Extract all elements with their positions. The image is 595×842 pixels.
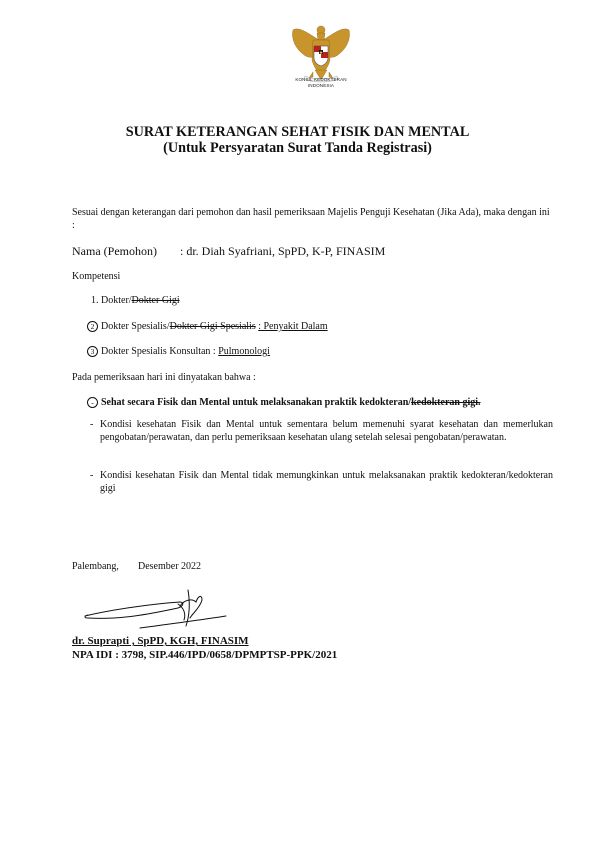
option-text: Kondisi kesehatan Fisik dan Mental tidak… — [90, 470, 553, 495]
examination-option: - Kondisi kesehatan Fisik dan Mental unt… — [90, 419, 553, 444]
item-marker: 1. — [91, 295, 99, 306]
competence-item: 3Dokter Spesialis Konsultan : Pulmonolog… — [87, 345, 270, 358]
selected-text: Sehat secara Fisik dan Mental untuk mela… — [101, 397, 411, 408]
competence-item: 1. Dokter/Dokter Gigi — [91, 294, 180, 307]
item-struck-text: Dokter Gigi Spesialis — [170, 321, 256, 332]
signer-name: dr. Suprapti , SpPD, KGH, FINASIM — [72, 635, 249, 648]
option-text: Kondisi kesehatan Fisik dan Mental untuk… — [90, 419, 553, 444]
circled-number-icon: 3 — [87, 346, 98, 357]
emblem-caption: KONSIL KEDOKTERAN INDONESIA — [270, 77, 372, 88]
item-text: Dokter Spesialis/ — [101, 321, 170, 332]
item-text: Dokter/ — [101, 295, 132, 306]
item-text: Dokter Spesialis Konsultan : — [101, 346, 218, 357]
circled-minus-icon: - — [87, 397, 98, 408]
dash-bullet: - — [90, 470, 93, 483]
dash-bullet: - — [90, 419, 93, 432]
document-title: SURAT KETERANGAN SEHAT FISIK DAN MENTAL — [0, 124, 595, 140]
signer-registration: NPA IDI : 3798, SIP.446/IPD/0658/DPMPTSP… — [72, 649, 337, 662]
item-specialty: Pulmonologi — [218, 346, 270, 357]
applicant-value: : dr. Diah Syafriani, SpPD, K-P, FINASIM — [180, 244, 385, 258]
competence-item: 2Dokter Spesialis/Dokter Gigi Spesialis … — [87, 320, 328, 333]
selected-struck-text: kedokteran gigi. — [411, 397, 480, 408]
applicant-row: Nama (Pemohon): dr. Diah Syafriani, SpPD… — [72, 244, 385, 258]
competence-heading: Kompetensi — [72, 270, 120, 283]
circled-number-icon: 2 — [87, 321, 98, 332]
examination-heading: Pada pemeriksaan hari ini dinyatakan bah… — [72, 371, 256, 384]
examination-result-selected: -Sehat secara Fisik dan Mental untuk mel… — [87, 396, 481, 409]
examination-option: - Kondisi kesehatan Fisik dan Mental tid… — [90, 470, 553, 495]
city: Palembang, — [72, 560, 138, 573]
place-date: Palembang,Desember 2022 — [72, 560, 201, 573]
document-subtitle: (Untuk Persyaratan Surat Tanda Registras… — [0, 140, 595, 156]
date: Desember 2022 — [138, 561, 201, 572]
intro-paragraph: Sesuai dengan keterangan dari pemohon da… — [72, 206, 552, 232]
applicant-label: Nama (Pemohon) — [72, 244, 180, 258]
handwritten-signature-icon — [80, 588, 230, 630]
emblem-caption-line2: INDONESIA — [270, 83, 372, 89]
item-struck-text: Dokter Gigi — [132, 295, 180, 306]
item-specialty: : Penyakit Dalam — [258, 321, 327, 332]
